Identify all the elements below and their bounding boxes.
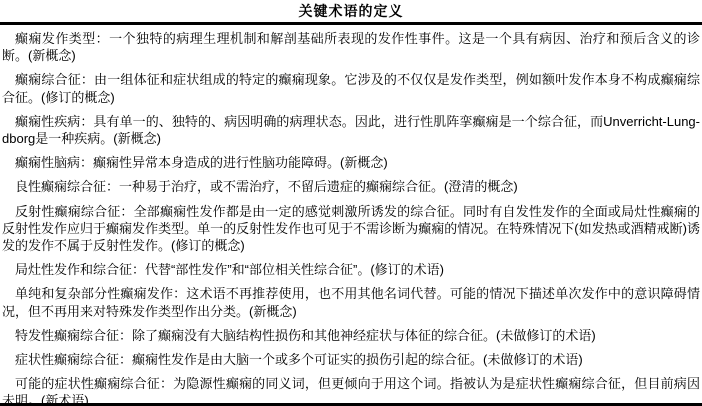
definition-entry-probably-symptomatic: 可能的症状性癫痫综合征：为隐源性癫痫的同义词，但更倾向于用这个词。指被认为是症状… <box>2 375 700 406</box>
definition-entry-symptomatic-syndrome: 症状性癫痫综合征：癫痫性发作是由大脑一个或多个可证实的损伤引起的综合征。(未做修… <box>2 351 700 368</box>
definition-entry-seizure-type: 癫痫发作类型：一个独特的病理生理机制和解剖基础所表现的发作性事件。这是一个具有病… <box>2 30 700 64</box>
definition-entry-reflex-syndrome: 反射性癫痫综合征：全部癫痫性发作都是由一定的感觉刺激所诱发的综合征。同时有自发性… <box>2 203 700 255</box>
definition-entry-simple-complex-partial: 单纯和复杂部分性癫痫发作：这术语不再推荐使用，也不用其他名词代替。可能的情况下描… <box>2 285 700 319</box>
definition-entry-idiopathic-syndrome: 特发性癫痫综合征：除了癫痫没有大脑结构性损伤和其他神经症状与体征的综合征。(未做… <box>2 327 700 344</box>
definition-entry-focal-seizures: 局灶性发作和综合征：代替“部性发作”和“部位相关性综合征”。(修订的术语) <box>2 261 700 278</box>
definition-entry-epileptic-disease: 癫痫性疾病：具有单一的、独特的、病因明确的病理状态。因此，进行性肌阵挛癫痫是一个… <box>2 113 700 147</box>
definition-entry-benign-syndrome: 良性癫痫综合征：一种易于治疗，或不需治疗，不留后遗症的癫痫综合征。(澄清的概念) <box>2 178 700 195</box>
table-body: 癫痫发作类型：一个独特的病理生理机制和解剖基础所表现的发作性事件。这是一个具有病… <box>0 25 702 406</box>
definition-entry-epilepsy-syndrome: 癫痫综合征：由一组体征和症状组成的特定的癫痫现象。它涉及的不仅仅是发作类型，例如… <box>2 71 700 105</box>
definition-entry-epileptic-encephalopathy: 癫痫性脑病：癫痫性异常本身造成的进行性脑功能障碍。(新概念) <box>2 154 700 171</box>
table-title: 关键术语的定义 <box>0 0 702 20</box>
definitions-table: 关键术语的定义 癫痫发作类型：一个独特的病理生理机制和解剖基础所表现的发作性事件… <box>0 0 702 406</box>
